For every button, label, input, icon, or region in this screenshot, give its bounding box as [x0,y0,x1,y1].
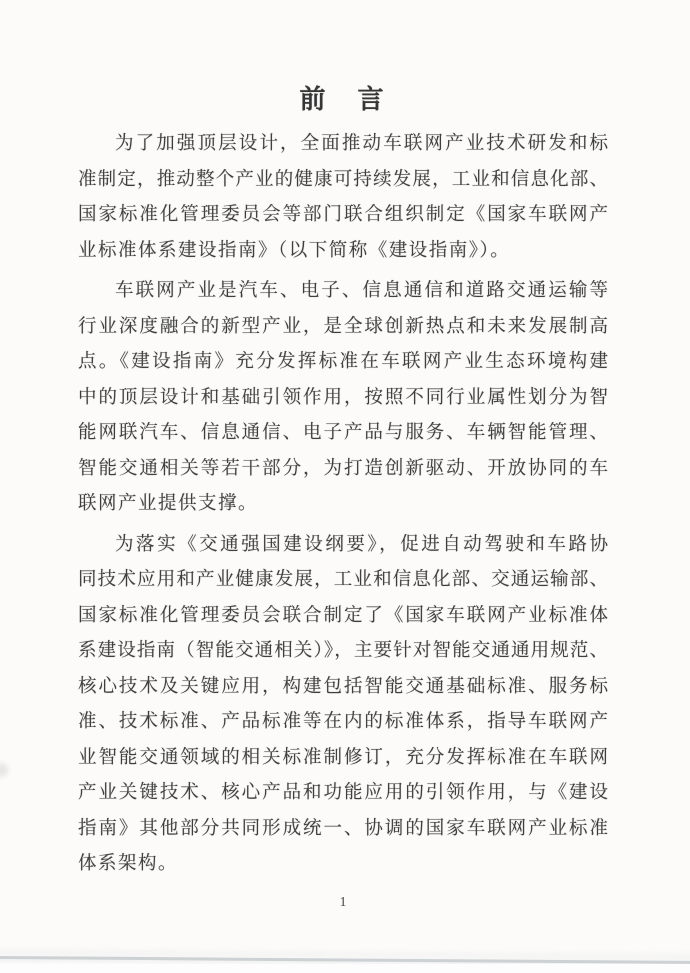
text-line: 准制定，推动整个产业的健康可持续发展，工业和信息化部、 [78,163,608,199]
text-line: 国家标准化管理委员会联合制定了《国家车联网产业标准体 [78,599,608,635]
text-line: 准、技术标准、产品标准等在内的标准体系，指导车联网产 [78,705,608,741]
scan-smudge-artifact [0,763,8,777]
document-body: 为了加强顶层设计，全面推动车联网产业技术研发和标 准制定，推动整个产业的健康可持… [78,127,608,883]
text-line: 为落实《交通强国建设纲要》，促进自动驾驶和车路协 [78,528,608,564]
text-line: 业智能交通领域的相关标准制修订，充分发挥标准在车联网 [78,741,608,777]
text-line: 点。《建设指南》充分发挥标准在车联网产业生态环境构建 [78,345,608,381]
scan-bottom-strip [0,964,690,973]
paragraph-3: 为落实《交通强国建设纲要》，促进自动驾驶和车路协 同技术应用和产业健康发展，工业… [78,528,608,883]
page-number: 1 [78,895,608,911]
text-line: 智能交通相关等若干部分，为打造创新驱动、开放协同的车 [78,452,608,488]
text-line: 核心技术及关键应用，构建包括智能交通基础标准、服务标 [78,670,608,706]
text-line: 产业关键技术、核心产品和功能应用的引领作用，与《建设 [78,776,608,812]
text-line: 中的顶层设计和基础引领作用，按照不同行业属性划分为智 [78,381,608,417]
text-line: 系建设指南（智能交通相关）》，主要针对智能交通通用规范、 [78,634,608,670]
text-line: 指南》其他部分共同形成统一、协调的国家车联网产业标准 [78,812,608,848]
text-line: 为了加强顶层设计，全面推动车联网产业技术研发和标 [78,127,608,163]
paragraph-2: 车联网产业是汽车、电子、信息通信和道路交通运输等 行业深度融合的新型产业，是全球… [78,274,608,523]
scan-page-edge-artifact [0,956,690,964]
text-line: 同技术应用和产业健康发展，工业和信息化部、交通运输部、 [78,563,608,599]
text-line: 业标准体系建设指南》（以下简称《建设指南》）。 [78,234,608,270]
text-line: 联网产业提供支撑。 [78,487,608,523]
page-title: 前 言 [78,84,608,116]
text-line: 国家标准化管理委员会等部门联合组织制定《国家车联网产 [78,198,608,234]
paragraph-1: 为了加强顶层设计，全面推动车联网产业技术研发和标 准制定，推动整个产业的健康可持… [78,127,608,269]
text-line: 车联网产业是汽车、电子、信息通信和道路交通运输等 [78,274,608,310]
text-line: 体系架构。 [78,847,608,883]
text-line: 能网联汽车、信息通信、电子产品与服务、车辆智能管理、 [78,416,608,452]
text-line: 行业深度融合的新型产业，是全球创新热点和未来发展制高 [78,310,608,346]
scanned-document-page: 前 言 为了加强顶层设计，全面推动车联网产业技术研发和标 准制定，推动整个产业的… [0,0,690,973]
